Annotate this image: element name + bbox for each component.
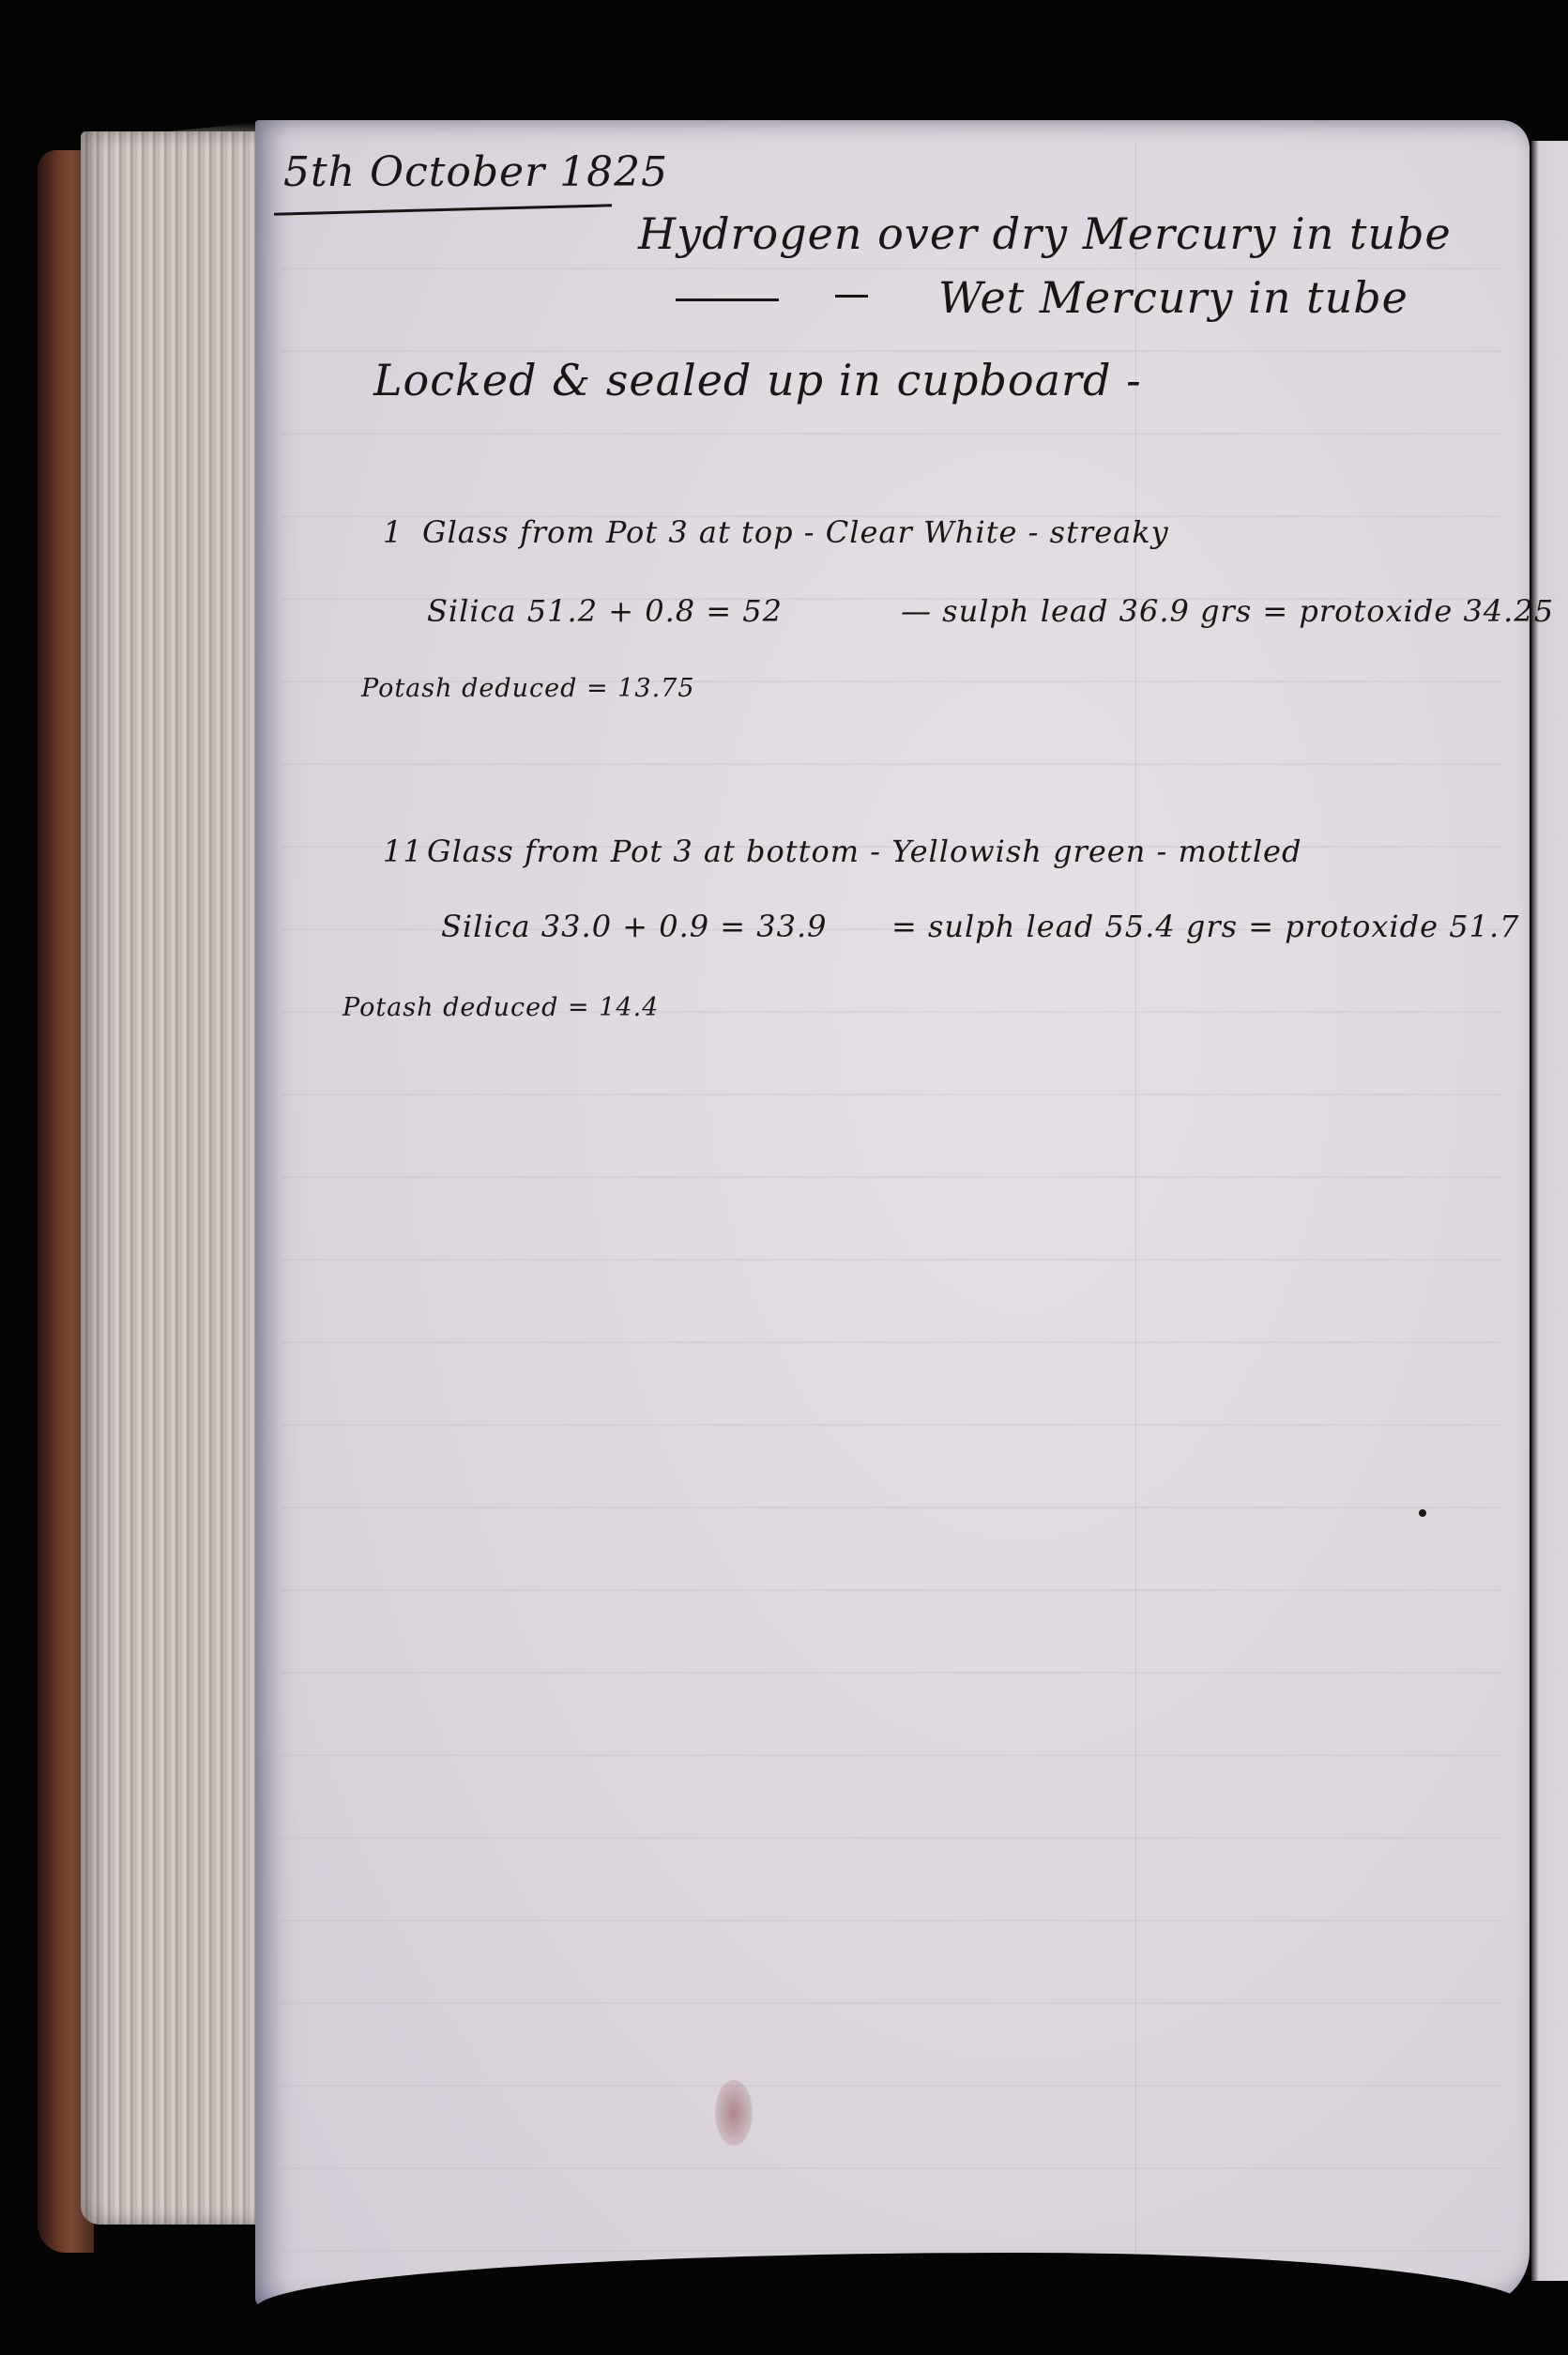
entry-date: 5th October 1825 — [283, 148, 668, 196]
ditto-dash-long — [676, 298, 779, 301]
ditto-dash-short — [835, 295, 868, 298]
fingerprint-stain — [715, 2080, 753, 2146]
entry-1-number: 1 — [383, 514, 403, 550]
entry-2-potash: Potash deduced = 14.4 — [343, 993, 659, 1022]
fold-line — [1135, 141, 1136, 2253]
entry-2-number: 11 — [383, 833, 423, 869]
entry-1-potash: Potash deduced = 13.75 — [361, 674, 695, 703]
page-stack-edges — [81, 131, 259, 2225]
heading-line-2: Wet Mercury in tube — [938, 272, 1408, 323]
entry-2-silica: Silica 33.0 + 0.9 = 33.9 — [441, 909, 828, 944]
ruled-lines — [282, 188, 1501, 2253]
ink-dot — [1419, 1509, 1426, 1517]
entry-2-lead: = sulph lead 55.4 grs = protoxide 51.7 — [891, 909, 1520, 944]
heading-line-1: Hydrogen over dry Mercury in tube — [638, 208, 1452, 259]
entry-1-lead: — sulph lead 36.9 grs = protoxide 34.25 — [901, 593, 1554, 629]
facing-page-edge — [1531, 141, 1568, 2281]
entry-2-description: Glass from Pot 3 at bottom - Yellowish g… — [427, 833, 1302, 869]
entry-1-description: Glass from Pot 3 at top - Clear White - … — [422, 514, 1169, 550]
heading-line-3: Locked & sealed up in cupboard - — [373, 355, 1142, 405]
entry-1-silica: Silica 51.2 + 0.8 = 52 — [427, 593, 783, 629]
